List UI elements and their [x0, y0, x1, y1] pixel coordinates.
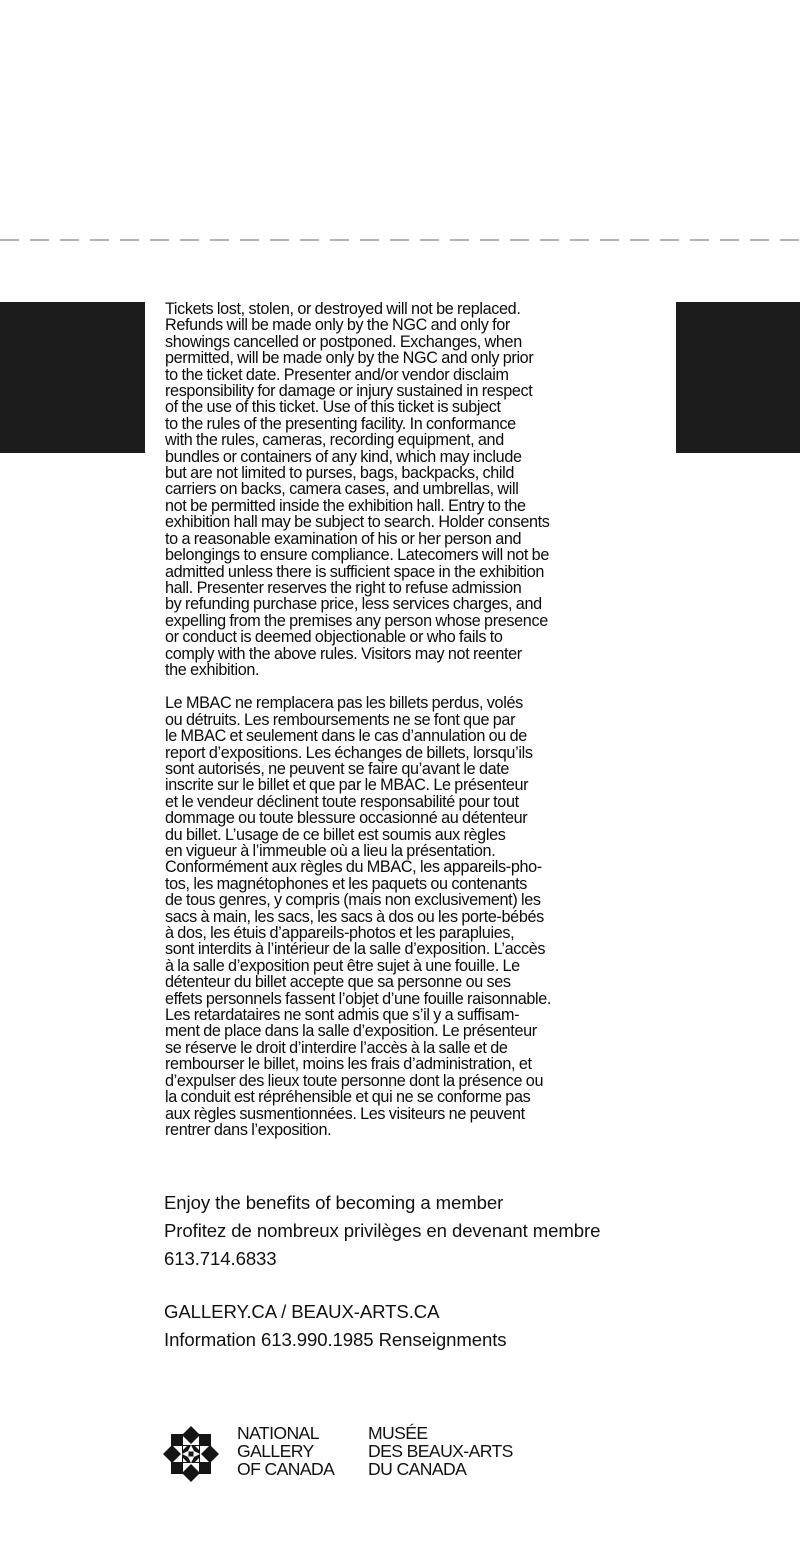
membership-line-french: Profitez de nombreux privilèges en deven…: [164, 1217, 764, 1245]
logo-name-french: MUSÉE DES BEAUX-ARTS DU CANADA: [368, 1424, 513, 1479]
information-phone-line: Information 613.990.1985 Renseignments: [164, 1326, 764, 1354]
black-marker-block-right: [676, 302, 800, 453]
membership-phone: 613.714.6833: [164, 1245, 764, 1273]
contact-section: Enjoy the benefits of becoming a member …: [164, 1189, 764, 1354]
website-urls: GALLERY.CA / BEAUX-ARTS.CA: [164, 1298, 764, 1326]
black-marker-block-left: [0, 302, 145, 453]
national-gallery-star-logo-icon: [163, 1426, 219, 1482]
ticket-terms-and-conditions: Tickets lost, stolen, or destroyed will …: [165, 301, 670, 1138]
logo-name-english: NATIONAL GALLERY OF CANADA: [237, 1424, 368, 1479]
terms-french-paragraph: Le MBAC ne remplacera pas les billets pe…: [165, 695, 670, 1138]
spacer: [164, 1273, 764, 1298]
terms-english-paragraph: Tickets lost, stolen, or destroyed will …: [165, 301, 670, 678]
membership-line-english: Enjoy the benefits of becoming a member: [164, 1189, 764, 1217]
perforation-tear-line: [0, 239, 800, 241]
national-gallery-logo: NATIONAL GALLERY OF CANADA MUSÉE DES BEA…: [163, 1424, 513, 1484]
